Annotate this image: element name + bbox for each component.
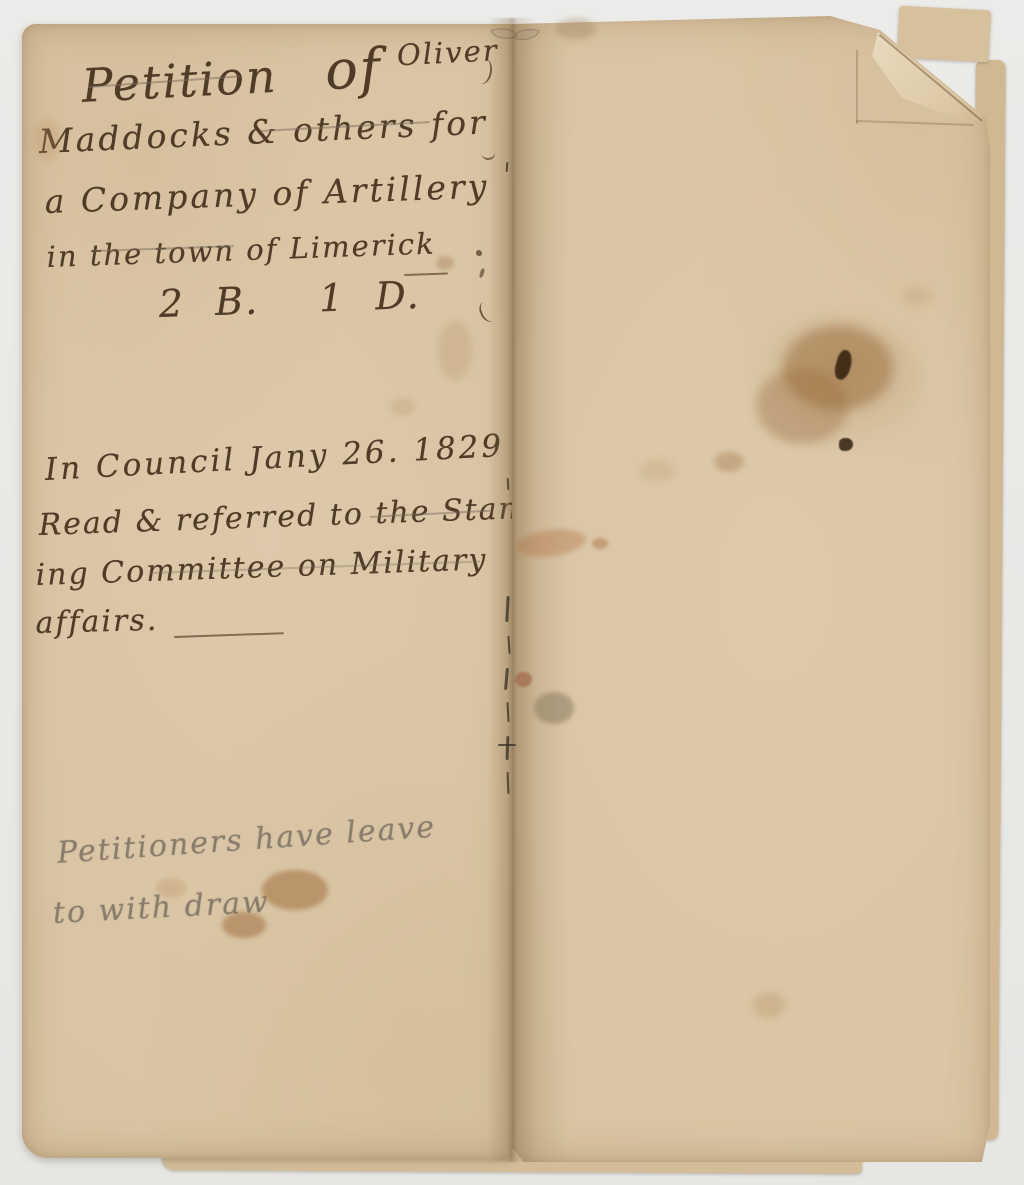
page-edge-shading xyxy=(512,16,990,1162)
pencil-note-line-1: Petitioners have leave xyxy=(56,810,437,871)
docket-title-line-1: PetitionofOliver xyxy=(80,30,501,115)
docket-title-line-3: a Company of Artillery xyxy=(44,166,490,220)
right-page xyxy=(512,16,990,1162)
left-page: PetitionofOliver Maddocks & others for a… xyxy=(22,24,512,1158)
fold-crease-horizontal xyxy=(856,120,974,126)
scanned-document: PetitionofOliver Maddocks & others for a… xyxy=(0,0,1024,1185)
council-note-line-1: In Council Jany 26. 1829 xyxy=(44,428,505,488)
fold-crease-vertical xyxy=(856,50,858,124)
underlying-page-edge-corner xyxy=(897,6,992,63)
fold-shadow xyxy=(512,16,572,1162)
council-note-trailing-dash xyxy=(174,632,284,637)
pencil-note-line-2: to with draw xyxy=(52,885,270,931)
council-note-line-4: affairs. xyxy=(35,603,159,641)
council-note-line-2: Read & referred to the Stand xyxy=(38,490,542,543)
stitch-thread-cross xyxy=(498,744,516,746)
title-word-of: of xyxy=(323,36,383,102)
title-word-oliver: Oliver xyxy=(396,33,499,72)
docket-code: 2 B. 1 D. xyxy=(158,273,421,326)
